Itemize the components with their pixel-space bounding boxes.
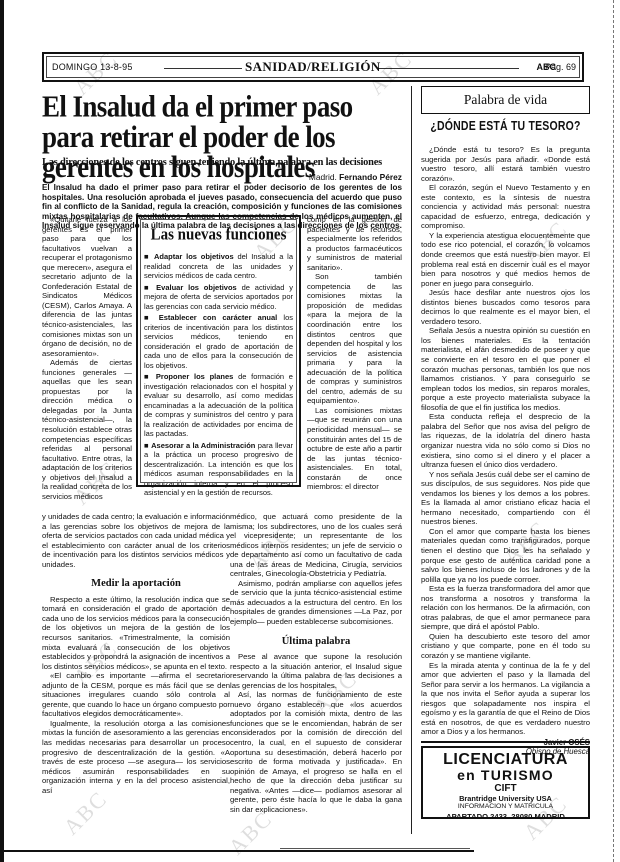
item-lead: Asesorar a la Administración	[151, 441, 255, 450]
advert-line-cift: CIFT	[423, 783, 588, 794]
paragraph: Esta es la fuerza transformadora del amo…	[421, 584, 590, 632]
scan-edge-right	[613, 0, 615, 862]
paragraph: Pese al avance que supone la resolución …	[230, 652, 402, 690]
paragraph: «Quitarle fuerza a los gerentes es el pr…	[42, 215, 132, 358]
item-lead: Proponer los planes	[156, 372, 233, 381]
bottom-rule-secondary	[280, 848, 470, 849]
advert-line-turismo: en TURISMO	[423, 768, 588, 782]
article-column-1: «Quitarle fuerza a los gerentes es el pr…	[42, 215, 132, 501]
article-column-3: como en la gestión de pacientes y de rec…	[307, 215, 402, 492]
sidebar-box-item: ■ Proponer los planes de formación e inv…	[144, 372, 293, 439]
sidebar-box-item: ■ Asesorar a la Administración para llev…	[144, 441, 293, 498]
header-section: SANIDAD/RELIGIÓN	[242, 59, 384, 75]
paragraph: El corazón, según el Nuevo Testamento y …	[421, 183, 590, 231]
paragraph: como en la gestión de pacientes y de rec…	[307, 215, 402, 272]
article-byline: Madrid. Fernando Pérez	[250, 172, 402, 182]
paragraph: Quien ha descubierto este tesoro del amo…	[421, 632, 590, 661]
subsection-title-ultima-palabra: Última palabra	[230, 637, 402, 647]
paragraph: Igualmente, la resolución otorga a las c…	[42, 719, 230, 795]
paragraph: Y nos señala Jesús cuál debe ser el cami…	[421, 470, 590, 527]
sidebar-box-item: ■ Establecer con carácter anual los crit…	[144, 313, 293, 370]
header-rule-left	[164, 68, 242, 69]
column-title: ¿DÓNDE ESTÁ TU TESORO?	[421, 119, 590, 134]
item-lead: Establecer con carácter anual	[159, 313, 278, 322]
article-subheadline: Las direcciones de los centros siguen te…	[42, 157, 402, 168]
header-page-number: Pág. 69	[545, 62, 576, 72]
paragraph: Asimismo, podrán ampliarse con aquellos …	[230, 579, 402, 627]
sidebar-box-new-functions: Las nuevas funciones ■ Adaptar los objet…	[136, 215, 301, 487]
item-text: de formación e investigación relacionado…	[144, 372, 293, 438]
paragraph: Las comisiones mixtas —que se reunirán c…	[307, 406, 402, 492]
scan-edge-left	[0, 0, 4, 862]
paragraph: Respecto a este último, la resolución in…	[42, 595, 230, 671]
article-headline: El Insalud da el primer paso para retira…	[42, 92, 402, 183]
subsection-title-aportacion: Medir la aportación	[42, 579, 230, 589]
article-lower-left: y unidades de cada centro; la evaluación…	[42, 512, 230, 795]
paragraph: y unidades de cada centro; la evaluación…	[42, 512, 230, 569]
paragraph: Jesús hace desfilar ante nuestros ojos l…	[421, 288, 590, 326]
item-lead: Evaluar los objetivos	[156, 283, 237, 292]
advert-line-licenciatura: LICENCIATURA	[423, 752, 588, 768]
paragraph: Es la mirada atenta y continua de la fe …	[421, 661, 590, 737]
byline-author: Fernando Pérez	[339, 172, 402, 182]
page-header: DOMINGO 13-8-95 SANIDAD/RELIGIÓN ABC Pág…	[42, 52, 584, 82]
paragraph: Señala Jesús a nuestra opinión su cuesti…	[421, 326, 590, 412]
paragraph: Son también competencia de las comisione…	[307, 272, 402, 406]
item-lead: Adaptar los objetivos	[154, 252, 234, 261]
paragraph: ¿Dónde está tu tesoro? Es la pregunta su…	[421, 145, 590, 183]
sidebar-box-item: ■ Evaluar los objetivos de actividad y m…	[144, 283, 293, 312]
paragraph: «El cambio es importante —afirma el secr…	[42, 671, 230, 719]
paragraph: Esta conducta refleja el desprecio de la…	[421, 412, 590, 469]
newspaper-page: DOMINGO 13-8-95 SANIDAD/RELIGIÓN ABC Pág…	[0, 0, 620, 862]
column-divider	[411, 86, 412, 834]
byline-place: Madrid.	[309, 172, 337, 182]
column-label-box: Palabra de vida	[421, 86, 590, 114]
